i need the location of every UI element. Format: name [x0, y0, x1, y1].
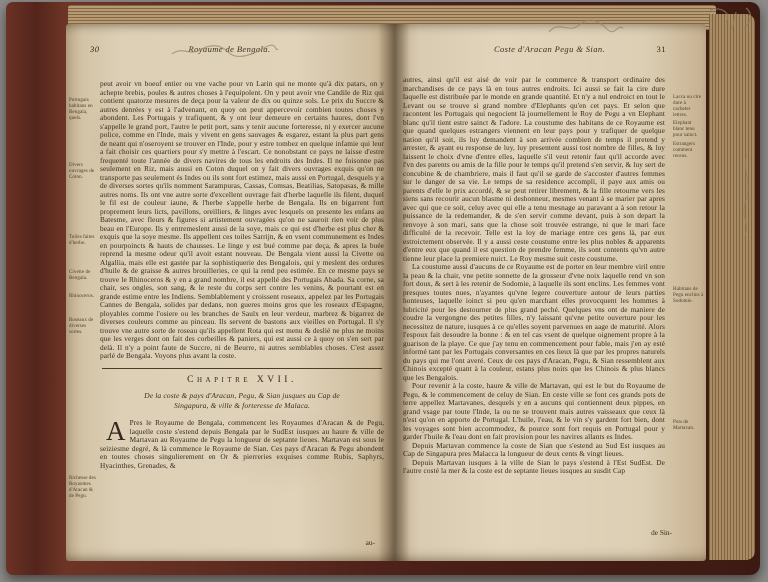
body-paragraph: peut avoir vn boeuf entier ou vne vache … [100, 80, 384, 361]
right-page: Coste d'Aracan Pegu & Sian. 31 Lacca ou … [393, 24, 706, 561]
running-title-left: Royaume de Bengala. [66, 44, 393, 54]
book-photo: { "book": { "left_page": { "page_number"… [0, 0, 768, 582]
section-rule [102, 368, 382, 369]
body-paragraph: autres, ainsi qu'il est aisé de voir par… [403, 76, 665, 263]
body-paragraph: Depuis Martavan iusques à la ville de Si… [403, 459, 665, 476]
chapter-opening-text: Pres le Royaume de Bengala, commencent l… [100, 418, 384, 470]
chapter-heading: Chapitre XVII. [100, 376, 384, 385]
body-paragraph: La coustume aussi d'aucuns de ce Royaume… [403, 263, 665, 382]
margin-note: Lacca ou cire dure à cacheter lettres. [673, 95, 704, 119]
drop-cap: A [100, 419, 130, 442]
margin-note: Rhinoceros. [69, 294, 99, 300]
left-page-header: 30 Royaume de Bengala. [66, 44, 393, 58]
margin-note: Portugais habitans en Bengala, quels. [69, 98, 99, 122]
right-page-body: autres, ainsi qu'il est aisé de voir par… [403, 76, 665, 476]
margin-note: Richesse des Royaumes d'Aracan & de Pegu… [69, 476, 99, 500]
body-paragraph: Depuis Martavan commence la coste de Sia… [403, 442, 665, 459]
body-paragraph: Pour revenir à la coste, haure & ville d… [403, 382, 665, 442]
catchword-right: de Sin- [651, 528, 672, 537]
margin-note: Toiles faites d'herbe. [69, 235, 99, 247]
margin-note: Civette de Bengala. [69, 270, 99, 282]
margin-note: Pots de Martavan. [673, 420, 704, 432]
margin-note: Habitans de Pegu enclins à Sodomie. [673, 287, 704, 305]
chapter-opening: APres le Royaume de Bengala, commencent … [100, 419, 384, 470]
right-page-header: Coste d'Aracan Pegu & Sian. 31 [393, 44, 706, 58]
page-number-right: 31 [657, 44, 667, 54]
margin-note: Divers ouvrages de Coton. [69, 163, 99, 181]
margin-note: Roseaux de diverses sortes. [69, 318, 99, 336]
left-page: 30 Royaume de Bengala. Portugais habitan… [66, 24, 393, 561]
margin-note: Estrangers comment receus. [673, 142, 704, 160]
left-page-body: peut avoir vn boeuf entier ou vne vache … [100, 80, 384, 470]
chapter-subtitle: De la coste & pays d'Aracan, Pegu, & Sia… [134, 391, 350, 410]
margin-note: Elephant blanc tenu pour sainct. [673, 121, 704, 139]
page-edges-fore [709, 14, 755, 560]
catchword-left: au- [366, 538, 375, 547]
